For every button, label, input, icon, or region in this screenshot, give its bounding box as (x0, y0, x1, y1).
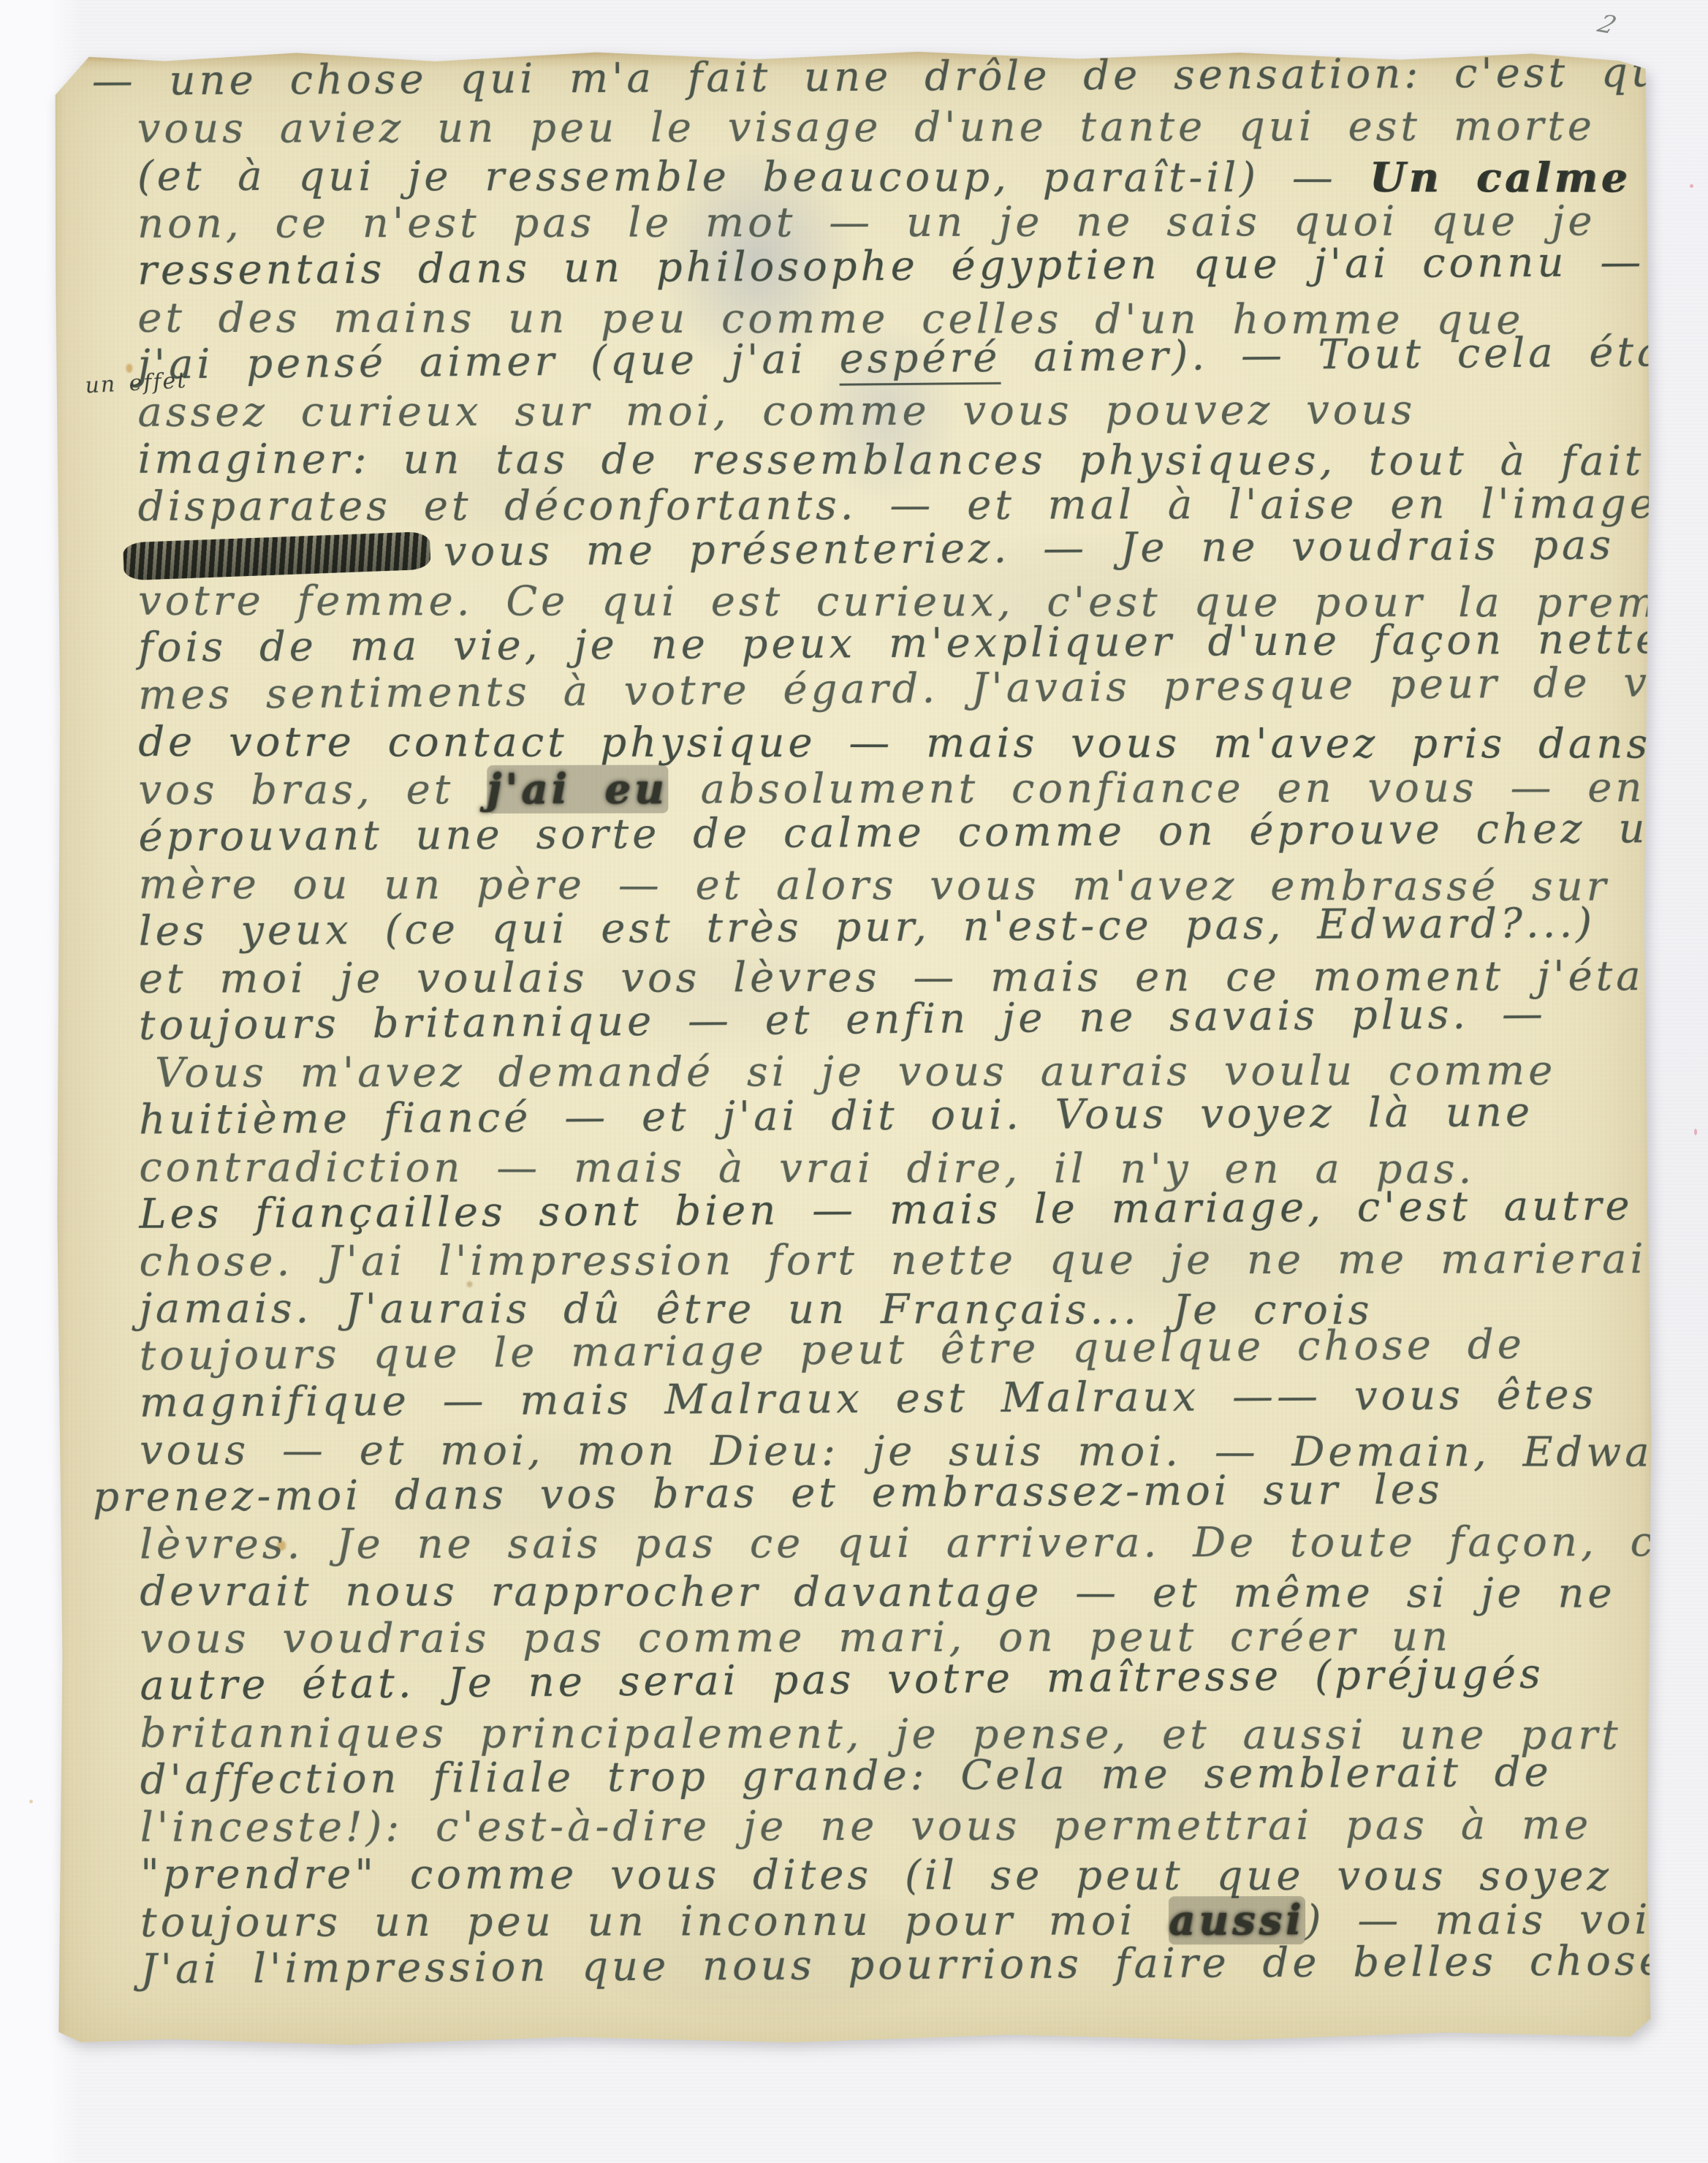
handwritten-line: — une chose qui m'a fait une drôle de se… (92, 50, 1639, 105)
handwritten-line: assez curieux sur moi, comme vous pouvez… (137, 387, 1639, 436)
scanned-letter-screenshot: { "colors": { "background": "#f1f1f4", "… (0, 0, 1708, 2163)
ink-blot-word: j'ai eu (487, 765, 668, 813)
ink-blot-word: aussi (1169, 1895, 1305, 1944)
handwritten-line: (et à qui je ressemble beaucoup, paraît-… (137, 153, 1639, 202)
handwritten-line: huitième fiancé — et j'ai dit oui. Vous … (139, 1088, 1640, 1144)
letter-paper: — une chose qui m'a fait une drôle de se… (56, 45, 1652, 2054)
letter-lines: — une chose qui m'a fait une drôle de se… (137, 56, 1642, 1993)
handwritten-line: "prendre" comme vous dites (il se peut q… (140, 1852, 1641, 1901)
handwritten-line: les yeux (ce qui est très pur, n'est-ce … (139, 900, 1640, 955)
handwritten-line: l'inceste!): c'est-à-dire je ne vous per… (140, 1802, 1641, 1852)
ink-underline-word: espéré (839, 334, 1001, 386)
handwritten-line: éprouvant une sorte de calme comme on ép… (138, 806, 1639, 861)
handwritten-line: de votre contact physique — mais vous m'… (138, 719, 1639, 768)
letter-paper-wrapper: — une chose qui m'a fait une drôle de se… (56, 45, 1652, 2054)
dust-speck (1690, 184, 1693, 188)
interlinear-insertion: un effet (85, 370, 188, 398)
handwritten-line: lèvres. Je ne sais pas ce qui arrivera. … (140, 1519, 1641, 1569)
handwritten-line: J'ai l'impression que nous pourrions fai… (140, 1938, 1641, 1993)
handwritten-line: chose. J'ai l'impression fort nette que … (139, 1236, 1640, 1286)
handwritten-line: vous me présenteriez. — Je ne voudrais p… (134, 522, 1639, 577)
handwritten-line: prenez-moi dans vos bras et embrassez-mo… (93, 1466, 1641, 1521)
handwritten-line: d'affection filiale trop grande: Cela me… (140, 1749, 1641, 1804)
dust-speck (1694, 1129, 1697, 1135)
handwritten-line: ressentais dans un philosophe égyptien q… (137, 239, 1639, 295)
handwritten-line: magnifique — mais Malraux est Malraux ——… (140, 1371, 1641, 1427)
handwritten-line: devrait nous rapprocher davantage — et m… (140, 1569, 1641, 1618)
ink-scribble (123, 531, 431, 581)
handwritten-line: imaginer: un tas de ressemblances physiq… (138, 436, 1639, 485)
ink-overwrite-word: Un calme (1370, 154, 1631, 202)
handwritten-line: Les fiançailles sont bien — mais le mari… (139, 1183, 1640, 1238)
dust-speck (29, 1800, 33, 1803)
handwritten-line: vous aviez un peu le visage d'une tante … (137, 103, 1639, 153)
